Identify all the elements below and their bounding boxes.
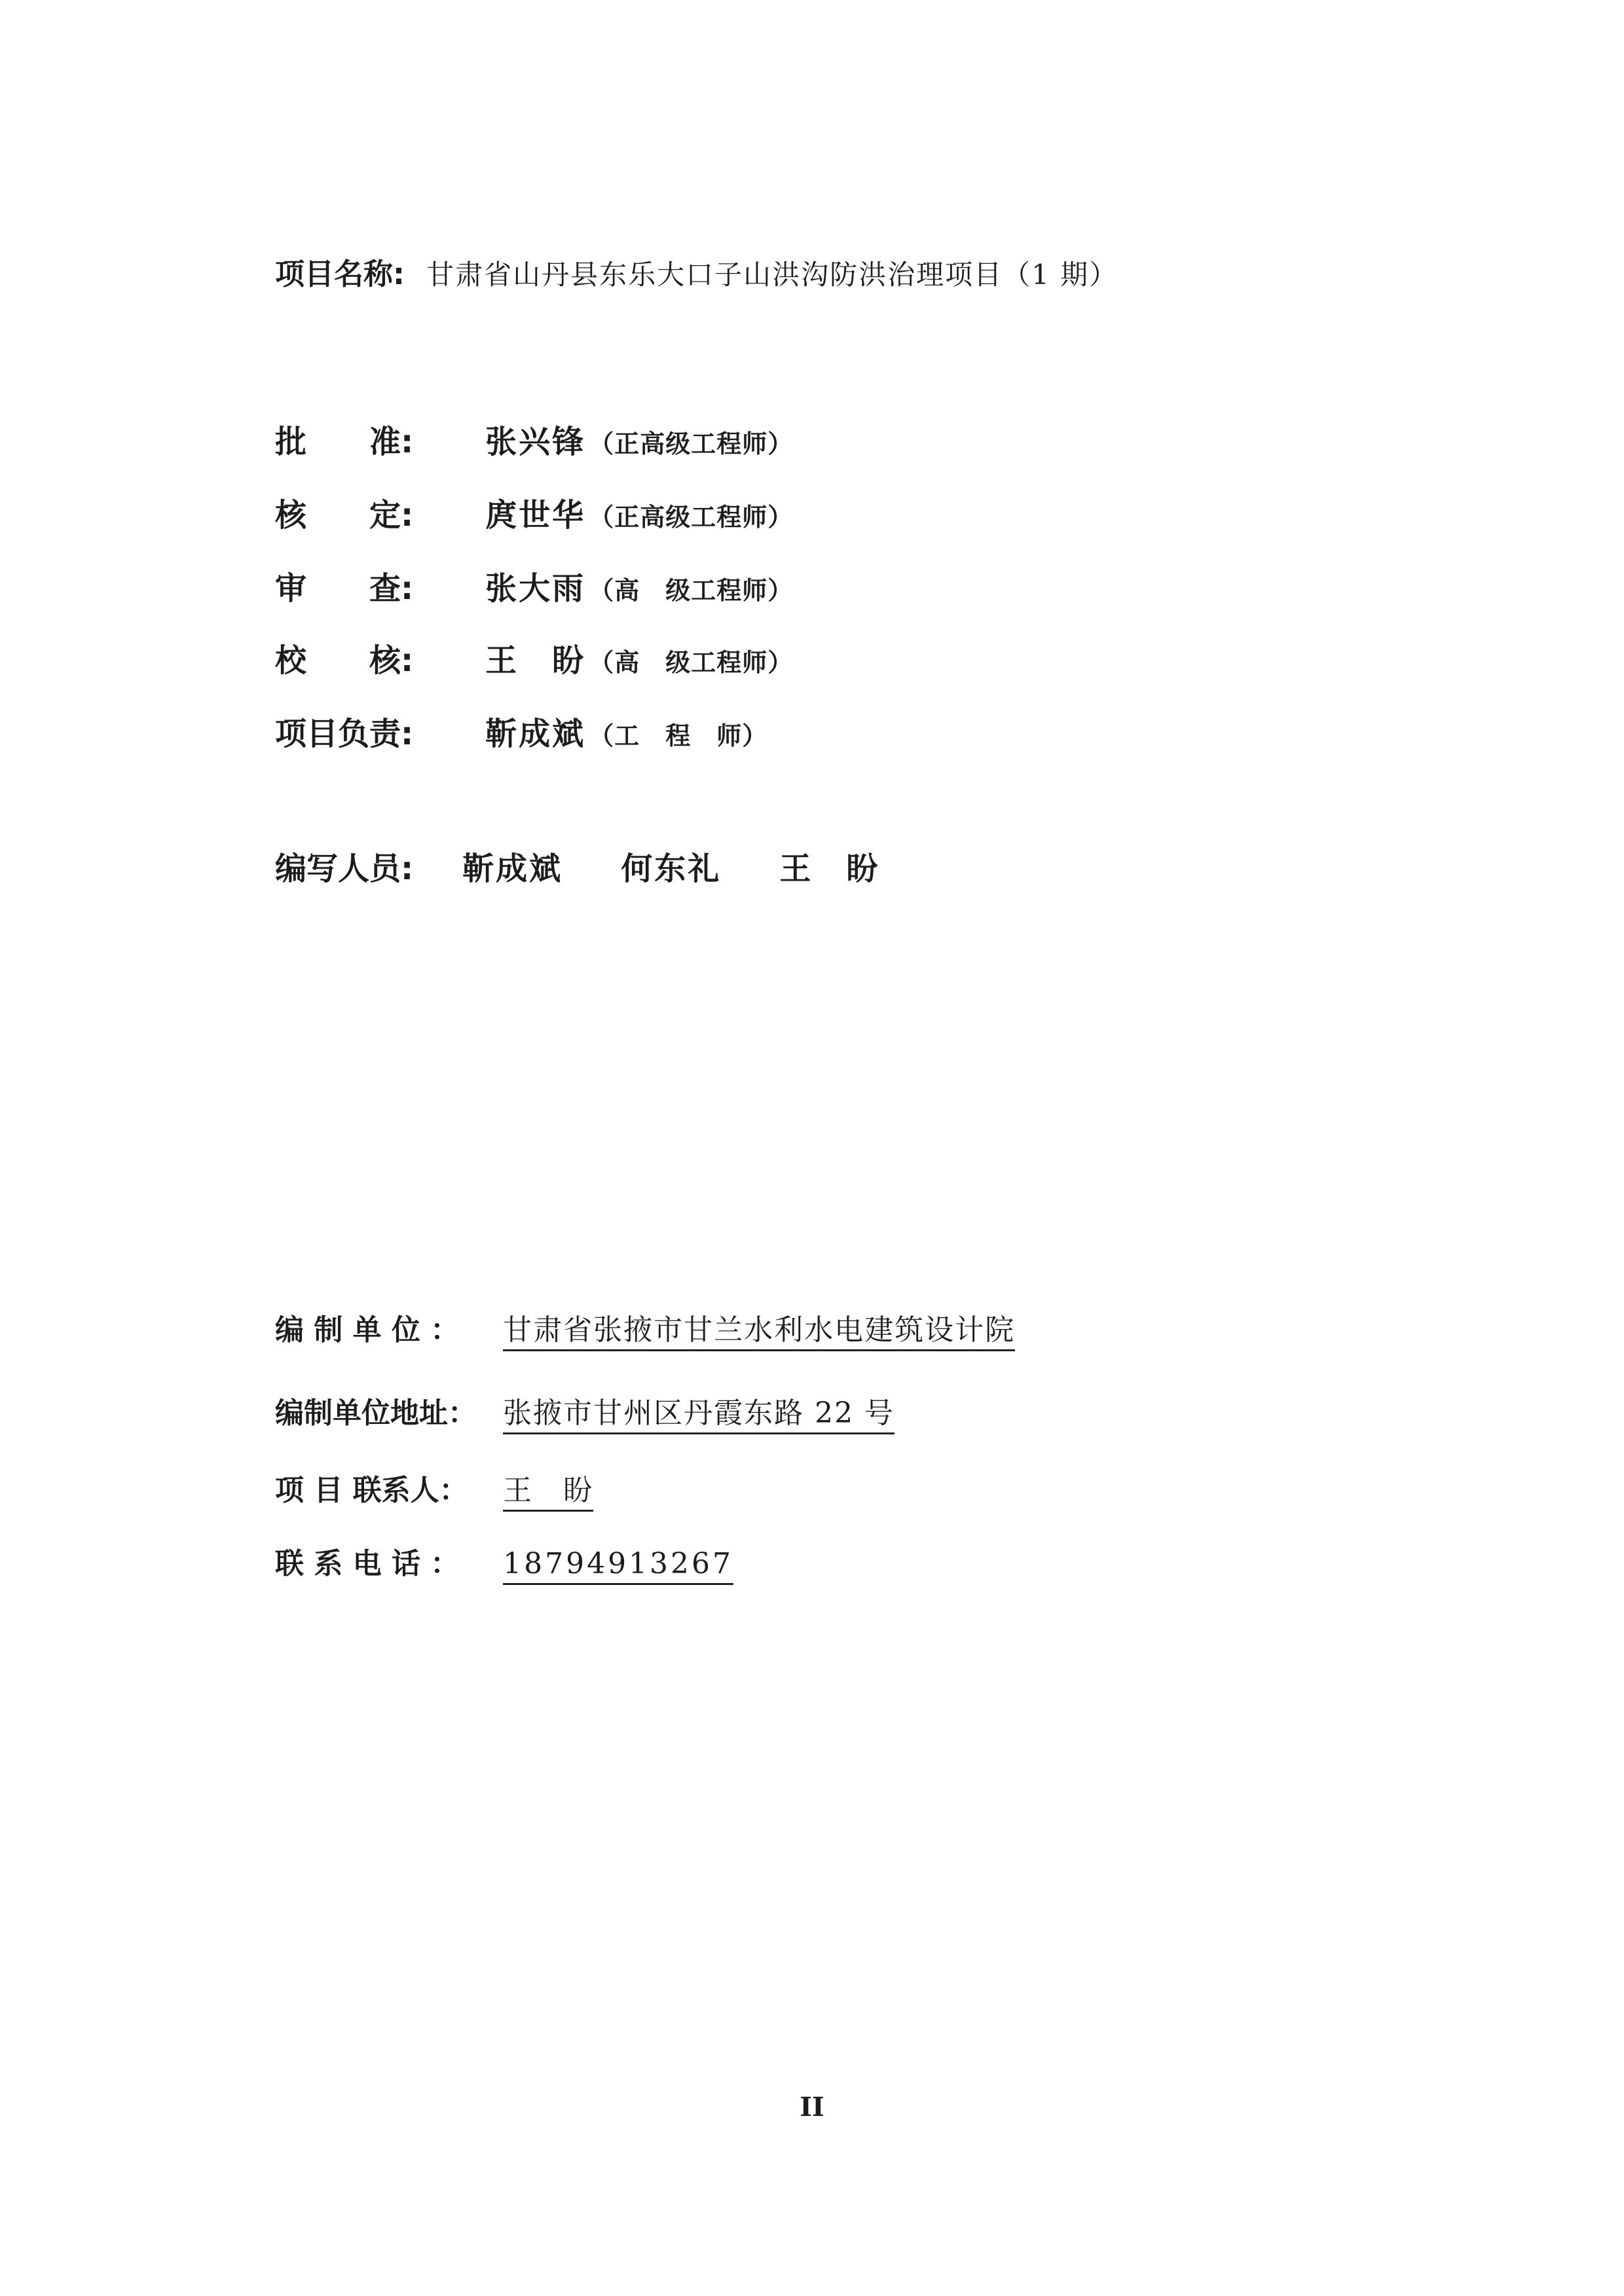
info-value-org: 甘肃省张掖市甘兰水利水电建筑设计院 (503, 1313, 1015, 1351)
authors-label: 编写人员: (275, 843, 459, 888)
approval-title: （高 级工程师） (589, 576, 793, 605)
approval-label: 审 查: (275, 563, 482, 608)
approval-name: 靳成斌 (485, 716, 585, 752)
approval-label: 项目负责: (275, 708, 482, 754)
authors-line: 编写人员: 靳成斌 何东礼 王 盼 (275, 843, 879, 888)
info-row-org: 编 制 单 位 ： 甘肃省张掖市甘兰水利水电建筑设计院 (275, 1306, 1015, 1348)
approval-row-project-lead: 项目负责: 靳成斌 （工 程 师） (275, 708, 767, 748)
info-label: 编 制 单 位 ： (275, 1306, 500, 1348)
author-name: 王 盼 (779, 850, 879, 887)
author-name: 何东礼 (621, 850, 721, 887)
approval-name: 庹世华 (485, 497, 585, 534)
info-value-contact: 王 盼 (503, 1474, 593, 1512)
approval-title: （正高级工程师） (589, 503, 793, 532)
project-name-label: 项目名称: (275, 250, 405, 293)
approval-row-review: 审 查: 张大雨 （高 级工程师） (275, 563, 793, 602)
approval-title: （正高级工程师） (589, 429, 793, 458)
approval-title: （工 程 师） (589, 721, 767, 750)
info-row-address: 编制单位地址： 张掖市甘州区丹霞东路 22 号 (275, 1389, 895, 1431)
info-label: 联 系 电 话 ： (275, 1540, 500, 1582)
info-value-address: 张掖市甘州区丹霞东路 22 号 (503, 1396, 895, 1434)
approval-label: 校 核: (275, 635, 482, 680)
approval-name: 王 盼 (485, 642, 585, 679)
page-number: II (0, 2092, 1624, 2123)
info-row-phone: 联 系 电 话 ： 18794913267 (275, 1540, 733, 1582)
project-name-value: 甘肃省山丹县东乐大口子山洪沟防洪治理项目（1 期） (426, 259, 1118, 291)
approval-title: （高 级工程师） (589, 648, 793, 677)
project-name-line: 项目名称: 甘肃省山丹县东乐大口子山洪沟防洪治理项目（1 期） (275, 250, 1118, 293)
approval-name: 张兴锋 (485, 424, 585, 460)
approval-name: 张大雨 (485, 570, 585, 607)
document-page: 项目名称: 甘肃省山丹县东乐大口子山洪沟防洪治理项目（1 期） 批 准: 张兴锋… (0, 0, 1624, 2296)
approval-row-approve: 批 准: 张兴锋 （正高级工程师） (275, 416, 793, 456)
approval-row-check: 校 核: 王 盼 （高 级工程师） (275, 635, 793, 674)
info-row-contact: 项 目 联系人： 王 盼 (275, 1467, 593, 1508)
info-value-phone: 18794913267 (503, 1547, 733, 1585)
approval-label: 核 定: (275, 490, 482, 535)
author-name: 靳成斌 (462, 850, 563, 887)
info-label: 编制单位地址： (275, 1389, 500, 1431)
info-label: 项 目 联系人： (275, 1467, 500, 1508)
approval-label: 批 准: (275, 416, 482, 462)
approval-row-verify: 核 定: 庹世华 （正高级工程师） (275, 490, 793, 529)
